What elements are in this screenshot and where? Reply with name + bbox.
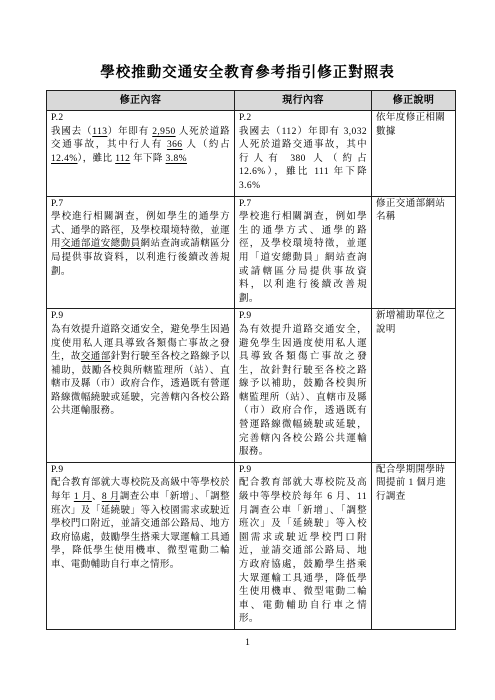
- page-reference: P.9: [51, 310, 230, 324]
- text-run: 調查公車「新增」、「調整班次」及「延繞駛」等入校園需求或駛近學校門口附近，並請交…: [51, 492, 230, 570]
- revised-paragraph: 為有效提升道路交通安全，避免學生因過度使用私人運具導致各類傷亡事故之發生，故交通…: [51, 324, 230, 419]
- revised-content-cell: P.9配合教育部就大專校院及高級中等學校於每年 1 月、8 月調查公車「新增」、…: [47, 462, 235, 629]
- text-run: ）年即有: [107, 127, 152, 137]
- revision-note-cell: 修正交通部網站名稱: [372, 196, 456, 309]
- text-run: ），雖比: [78, 154, 116, 164]
- revision-note-cell: 配合學期開學時間提前 1 個月進行調查: [372, 462, 456, 629]
- current-paragraph: 配合教育部就大專校院及高級中等學校於每年 6 月、11 月調查公車「新增」、「調…: [239, 477, 367, 627]
- column-header-revised-content: 修正內容: [47, 91, 235, 111]
- revision-comparison-table: 修正內容 現行內容 修正說明 P.2我國去（113）年即有 2,950 人死於道…: [46, 90, 456, 630]
- current-paragraph: 我國去（112）年即有 3,032 人死於道路交通事故，其中行人有 380 人（…: [239, 126, 367, 194]
- page-reference: P.9: [51, 464, 230, 478]
- column-header-revision-note: 修正說明: [372, 91, 456, 111]
- text-run: 我國去（: [51, 127, 92, 137]
- page-title: 學校推動交通安全教育參考指引修正對照表: [0, 61, 495, 82]
- revised-text-run: 3.8%: [166, 154, 187, 164]
- current-content-cell: P.9配合教育部就大專校院及高級中等學校於每年 6 月、11 月調查公車「新增」…: [235, 462, 372, 629]
- page-reference: P.9: [239, 464, 367, 478]
- text-run: 配合教育部就大專校院及高級中等學校於每年 6 月、11 月調查公車「新增」、「調…: [239, 478, 367, 624]
- revision-note: 修正交通部網站名稱: [376, 198, 451, 225]
- current-content-cell: P.2我國去（112）年即有 3,032 人死於道路交通事故，其中行人有 380…: [235, 111, 372, 197]
- revised-paragraph: 配合教育部就大專校院及高級中等學校於每年 1 月、8 月調查公車「新增」、「調整…: [51, 477, 230, 572]
- text-run: 人（約占: [182, 140, 230, 150]
- revision-note: 新增補助單位之說明: [376, 310, 451, 337]
- text-run: 為有效提升道路交通安全，避免學生因過度使用私人運具導致各類傷亡事故之發生，故針對…: [239, 325, 367, 457]
- page-reference: P.2: [51, 112, 230, 126]
- revised-text-run: 112: [115, 154, 130, 164]
- table-header-row: 修正內容 現行內容 修正說明: [47, 91, 456, 111]
- revised-text-run: 交通部道安總動員: [61, 239, 141, 249]
- page-number: 1: [0, 638, 495, 648]
- revised-content-cell: P.9為有效提升道路交通安全，避免學生因過度使用私人運具導致各類傷亡事故之發生，…: [47, 309, 235, 463]
- page-reference: P.7: [51, 198, 230, 212]
- text-run: 我國去（112）年即有 3,032 人死於道路交通事故，其中行人有 380 人（…: [239, 127, 367, 191]
- revised-paragraph: 我國去（113）年即有 2,950 人死於道路交通事故，其中行人有 366 人（…: [51, 126, 230, 167]
- revised-text-run: 8 月: [102, 492, 120, 502]
- revised-text-run: 1 月: [74, 492, 92, 502]
- revised-text-run: 113: [92, 127, 107, 137]
- current-paragraph: 為有效提升道路交通安全，避免學生因過度使用私人運具導致各類傷亡事故之發生，故針對…: [239, 324, 367, 460]
- text-run: 學校進行相關調查，例如學生的通學方式、通學的路徑，及學校環境特徵，並運用「道安總…: [239, 212, 367, 304]
- table-row: P.9為有效提升道路交通安全，避免學生因過度使用私人運具導致各類傷亡事故之發生，…: [47, 309, 456, 463]
- revision-note: 配合學期開學時間提前 1 個月進行調查: [376, 464, 451, 505]
- revised-text-run: 12.4%: [51, 154, 78, 164]
- revised-content-cell: P.7學校進行相關調查，例如學生的通學方式、通學的路徑，及學校環境特徵，並運用交…: [47, 196, 235, 309]
- current-paragraph: 學校進行相關調查，例如學生的通學方式、通學的路徑，及學校環境特徵，並運用「道安總…: [239, 211, 367, 306]
- table-row: P.2我國去（113）年即有 2,950 人死於道路交通事故，其中行人有 366…: [47, 111, 456, 197]
- page-reference: P.7: [239, 198, 367, 212]
- current-content-cell: P.9為有效提升道路交通安全，避免學生因過度使用私人運具導致各類傷亡事故之發生，…: [235, 309, 372, 463]
- revised-content-cell: P.2我國去（113）年即有 2,950 人死於道路交通事故，其中行人有 366…: [47, 111, 235, 197]
- page-reference: P.9: [239, 310, 367, 324]
- current-content-cell: P.7學校進行相關調查，例如學生的通學方式、通學的路徑，及學校環境特徵，並運用「…: [235, 196, 372, 309]
- table-row: P.9配合教育部就大專校院及高級中等學校於每年 1 月、8 月調查公車「新增」、…: [47, 462, 456, 629]
- column-header-current-content: 現行內容: [235, 91, 372, 111]
- revision-note-cell: 依年度修正相關數據: [372, 111, 456, 197]
- revised-text-run: 2,950: [152, 127, 175, 137]
- revision-note-cell: 新增補助單位之說明: [372, 309, 456, 463]
- page-reference: P.2: [239, 112, 367, 126]
- text-run: 年下降: [130, 154, 165, 164]
- revision-note: 依年度修正相關數據: [376, 112, 451, 139]
- revised-paragraph: 學校進行相關調查，例如學生的通學方式、通學的路徑，及學校環境特徵，並運用交通部道…: [51, 211, 230, 279]
- revised-text-run: 366: [167, 140, 182, 150]
- text-run: 、: [92, 492, 102, 502]
- table-row: P.7學校進行相關調查，例如學生的通學方式、通學的路徑，及學校環境特徵，並運用交…: [47, 196, 456, 309]
- revised-text-run: 交通部: [81, 352, 111, 362]
